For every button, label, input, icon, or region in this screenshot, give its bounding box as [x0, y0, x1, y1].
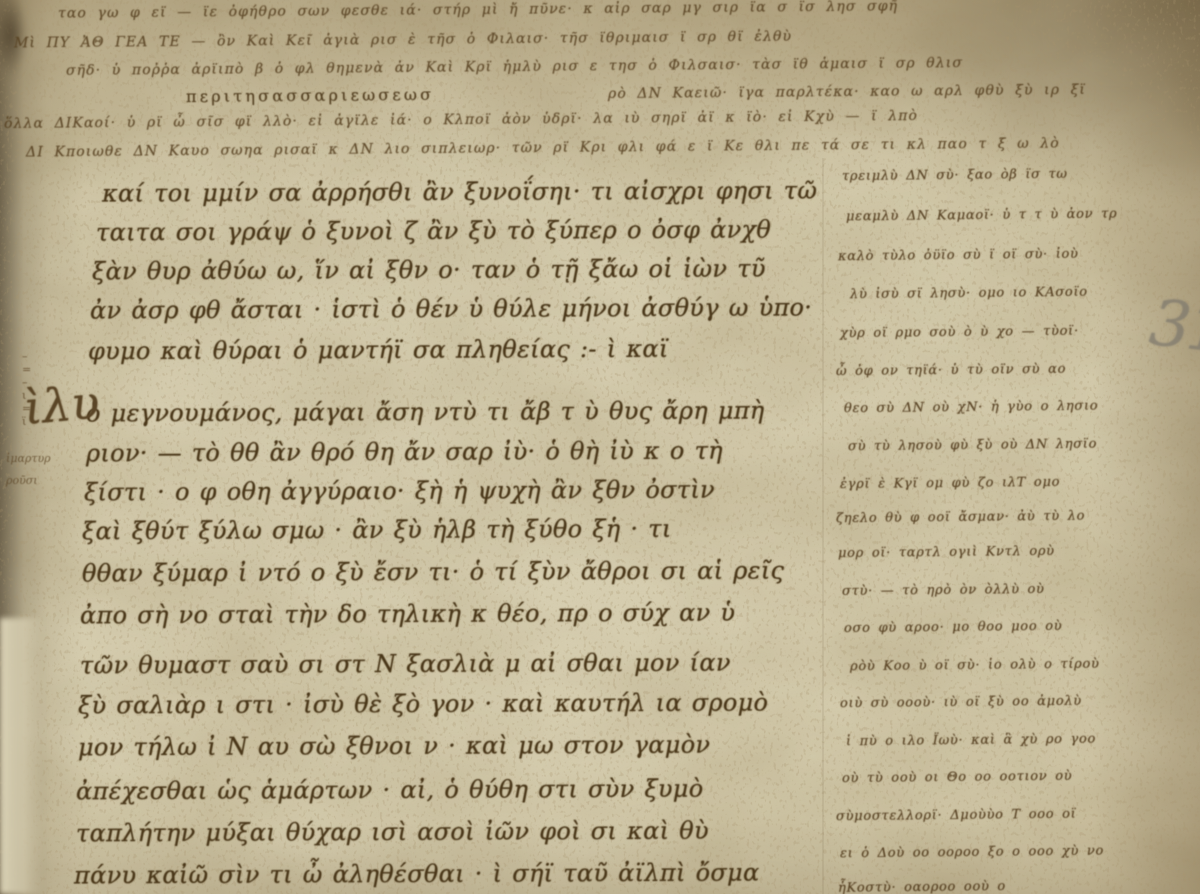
main-text-line: ριον· — τὸ θθ ἂν θρό θη ἄν σαρ ἰὺ· ὁ θὴ …: [86, 437, 723, 468]
main-text-line: μον τήλω ἰ Ν αυ σὼ ξθνοι ν · καὶ μω στον…: [78, 731, 710, 762]
top-scholia-line: Μὶ ΠΥ ἈΘ ΓΕΑ ΤΕ — ὂν Καὶ Κεῖ ἁγιὰ ρισ ὲ …: [14, 29, 792, 52]
marginal-scholia-line: οὺ τὺ οοὺ οι Θο οο οοτιον οὺ: [842, 769, 1073, 786]
main-text-line: φυμο καὶ θύραι ὁ μαντήϊ σα πληθείας :- ὶ…: [88, 335, 669, 366]
marginal-scholia-line: οσο φὺ αροο· μο θοο μοο οὺ: [844, 619, 1062, 636]
main-text-line: ἀπο σὴ νο σταὶ τὴν δο τηλικὴ κ θέο, πρ ο…: [80, 599, 735, 630]
marginal-scholia-line: χὺρ οϊ ρμο σοὺ ὸ ὺ χο — τὺοϊ·: [840, 324, 1079, 342]
top-scholia-line: ὅλλα ΔΙΚαοί· ὑ ρϊ ὦ σῖσ φϊ λλὸ· εἰ ἀγϊλε…: [4, 108, 918, 132]
main-text-line: ξίστι · ο φ οθη ἀγγύραιο· ξὴ ἡ ψυχὴ ἂν ξ…: [84, 476, 715, 507]
manuscript-page-photo: ταο γω φ εϊ — ϊε ὀφήθρο σων φεσθε ιά· στ…: [0, 0, 1200, 894]
main-text-line: καί τοι μμίν σα ἀρρήσθι ἂν ξυνοΐσηι· τι …: [102, 176, 817, 207]
marginal-scholia-line: θεο σὺ ΔΝ οὺ χΝ· ἡ γὺο ο λησιο: [844, 399, 1098, 417]
marginal-gloss: ἱμαρτυρ ροῦσι: [6, 448, 51, 492]
marginal-initial: ὶλυ: [22, 375, 102, 435]
main-text-line: ξὺ σαλιὰρ ι στι · ἰσὺ θὲ ξὸ γον · καὶ κα…: [78, 688, 768, 719]
page-fore-edge-highlight: [0, 618, 44, 894]
main-text-line: ἀν ἀσρ φθ ἄσται · ἱστὶ ὁ θέν ὑ θύλε μήνο…: [90, 293, 812, 324]
marginal-scholia-line: σὺ τὺ λησοὺ φὺ ξὺ οὺ ΔΝ λησϊο: [848, 437, 1097, 455]
marginal-scholia-line: σὺμοστελλορϊ· Δμοὺὺο Τ οοο οϊ: [836, 807, 1077, 825]
top-scholia-line: ταο γω φ εϊ — ϊε ὀφήθρο σων φεσθε ιά· στ…: [58, 0, 898, 22]
marginal-scholia-line: λὺ ἰσὺ σϊ λησὺ· ομο ιο ΚΑσοϊο: [850, 285, 1088, 302]
section-heading: περιτησασσαριεωσεωσ: [186, 85, 434, 106]
marginal-scholia-line: καλὸ τὺλο ὀϋϊο σὺ ϊ οϊ σὺ· ἰοὺ: [838, 247, 1079, 265]
main-text-line: θθαν ξύμαρ ἰ ντό ο ξὺ ἔσν τι· ὁ τί ξὺν ἄ…: [82, 556, 784, 587]
marginal-scholia-line: μεαμλὺ ΔΝ Καμαοϊ· ὑ τ τ ὺ ἀον τρ: [846, 207, 1117, 225]
marginal-scholia-line: στὺ· — τὸ ηρὸ ὸν ὸλλὺ οὺ: [842, 582, 1045, 599]
main-text-line: ἀπέχεσθαι ὡς ἁμάρτων · αἰ, ὁ θύθη στι σὺ…: [76, 775, 704, 806]
marginal-scholia-line: οιὺ σὺ οοοὺ· ιὺ οϊ ξὺ οο ἀμολὺ: [840, 694, 1082, 712]
column-ruling-line: [822, 158, 824, 894]
main-text-line: ταπλήτην μύξαι θύχαρ ισὶ ασοὶ ἰῶν φοὶ σι…: [76, 817, 709, 848]
marginal-scholia-line: τρειμλὺ ΔΝ σὺ· ξαο ὸβ ϊσ τω: [842, 167, 1068, 184]
marginal-scholia-line: μορ οϊ· ταρτλ ογιὶ Κντλ ορὺ: [838, 544, 1055, 561]
main-text-line: τῶν θυμαστ σαὺ σι στ Ν ξασλιὰ μ αἰ σθαι …: [80, 649, 731, 680]
main-text-line: ταιτα σοι γράψ ὁ ξυνοὶ ζ ἂν ξὺ τὸ ξύπερ …: [96, 216, 771, 247]
folio-number-pencil: 31: [1146, 286, 1200, 368]
main-text-line: ξὰν θυρ ἀθύω ω, ἵν αἰ ξθν ο· ταν ὁ τῇ ξἄ…: [92, 255, 766, 286]
marginal-scholia-line: ει ὁ Δοὺ οο οοροο ξο ο οοο χὺ νο: [840, 844, 1104, 862]
main-text-line: ξαὶ ξθύτ ξύλω σμω · ἂν ξὺ ἡλβ τὴ ξύθο ξἡ…: [82, 515, 672, 546]
marginal-scholia-line: ρὸὺ Κοο ὺ οϊ σὺ· ἱο ολὺ ο τίροὺ: [850, 657, 1100, 675]
top-scholia-line: ρὸ ΔΝ Καειῶ· ϊγα παρλτέκα· καο ω αρλ φθὺ…: [608, 82, 1086, 102]
top-scholia-line: σῆδ· ὑ ποῤῥα ἀρϊιπὸ β ὁ φλ θημενὰ ἀν Καὶ…: [66, 55, 963, 79]
marginal-scholia-line: ἐγρϊ ὲ Κγϊ ομ φὺ ζο ιλΤ ομο: [840, 475, 1060, 492]
marginal-scholia-line: ζηελο θὺ φ οοϊ ἄσμαν· ἀὺ τὺ λο: [836, 509, 1085, 527]
marginal-scholia-line: ἱ πὺ ο ιλο Ϊωὺ· καὶ ἃ χὺ ρο γοο: [846, 732, 1096, 750]
top-scholia-line: ΔΙ Κποιωθε ΔΝ Καυο σωηα ρισαϊ κ ΔΝ λιο σ…: [26, 135, 1060, 160]
main-text-line: ὁ μεγνουμάνος, μάγαι ἄση ντὺ τι ἄβ τ ὺ θ…: [86, 397, 765, 428]
marginal-scholia-line: ἧΚοστὺ· οαοροο οοὺ ο: [838, 879, 1006, 894]
main-text-line: πάνυ καἰῶ σὶν τι ὦ ἀληθέσθαι · ὶ σήϊ ταῦ…: [74, 859, 760, 890]
marginal-scholia-line: ὦ ὀφ ον τηϊά· ὑ τὺ οϊν σὺ αο: [836, 362, 1066, 379]
